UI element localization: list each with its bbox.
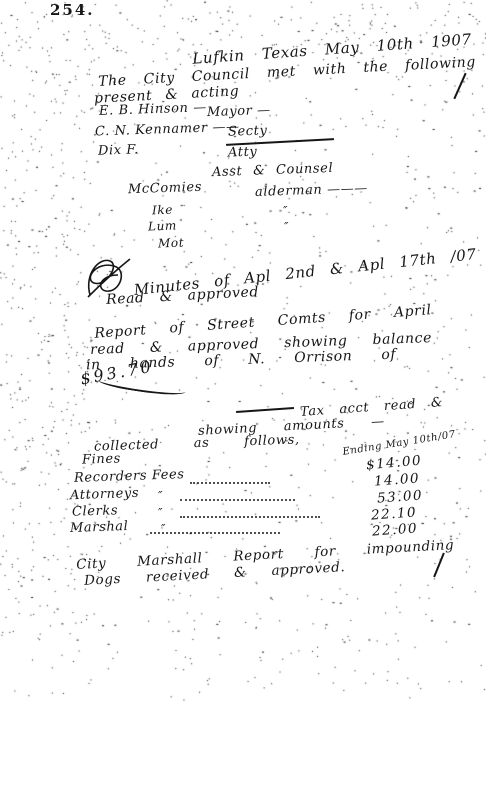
alderman-name: Lum (148, 219, 177, 234)
ditto-mark: ″ (158, 489, 163, 503)
account-row-label: Clerks (72, 503, 119, 520)
page-number: 254. (50, 1, 95, 19)
leader-dots (180, 516, 320, 518)
account-row-label: Attorneys (70, 486, 140, 503)
official-title: Secty (228, 123, 268, 139)
alderman-name: McComies (128, 180, 202, 198)
ditto-mark: ″ (158, 506, 163, 520)
ditto-mark: ″ (284, 220, 289, 234)
alderman-name: Mot (158, 236, 185, 251)
ditto-mark: ″ (283, 204, 288, 218)
leader-dots (190, 482, 270, 484)
leader-dots (180, 499, 295, 501)
leader-dots (150, 532, 280, 534)
official-title: Mayor — (207, 103, 271, 120)
account-row-amount: 14.00 (373, 470, 420, 489)
scanned-minutes-page: 254. Lufkin Texas May 10th 1907 The City… (0, 0, 486, 800)
official-title: Atty (228, 144, 258, 160)
account-row-label: Fines (82, 451, 121, 467)
official-name: Dix F. (98, 142, 139, 158)
account-row-amount: 22.00 (371, 520, 418, 539)
account-row-label: Marshal (70, 519, 129, 536)
account-row-amount: 53.00 (376, 487, 423, 506)
ditto-mark: ″ (161, 522, 166, 536)
alderman-name: Ike (152, 203, 173, 218)
